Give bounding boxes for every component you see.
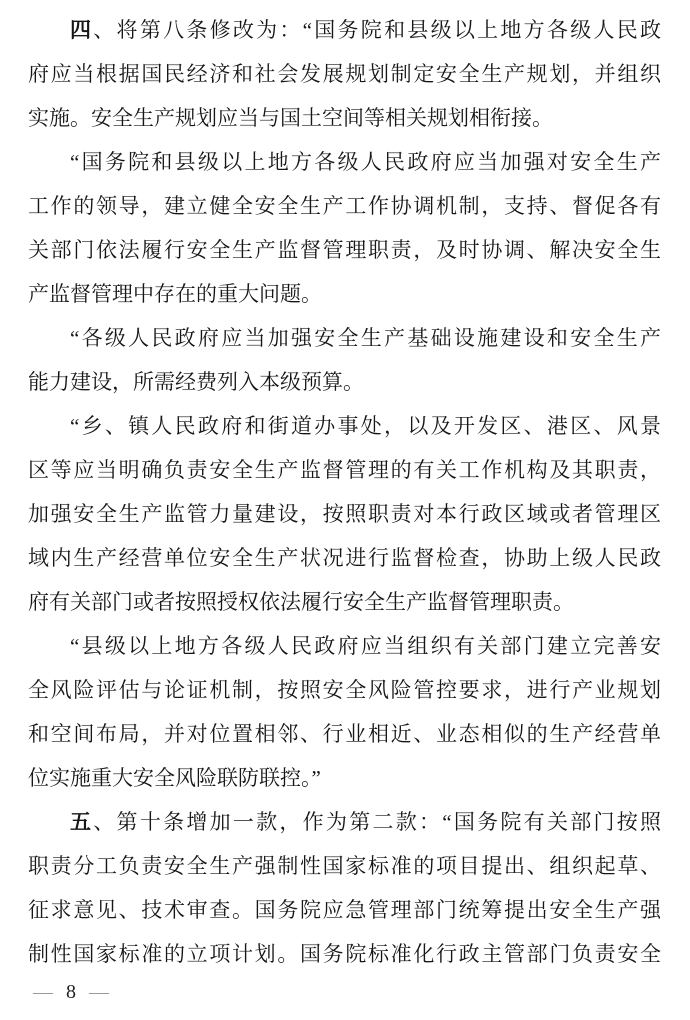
line-text: 和空间布局，并对位置相邻、行业相近、业态相似的生产经营单	[28, 722, 661, 746]
text-line-16: 全风险评估与论证机制，按照安全风险管控要求，进行产业规划	[28, 668, 661, 712]
text-line-7: 产监督管理中存在的重大问题。	[28, 272, 661, 316]
line-text: 位实施重大安全风险联防联控。”	[28, 766, 321, 790]
line-text: 域内生产经营单位安全生产状况进行监督检查，协助上级人民政	[28, 546, 661, 570]
text-line-9: 能力建设，所需经费列入本级预算。	[28, 360, 661, 404]
text-line-17: 和空间布局，并对位置相邻、行业相近、业态相似的生产经营单	[28, 712, 661, 756]
text-line-1: 四、将第八条修改为：“国务院和县级以上地方各级人民政	[28, 8, 661, 52]
line-text: 产监督管理中存在的重大问题。	[28, 282, 322, 306]
line-text: 区等应当明确负责安全生产监督管理的有关工作机构及其职责，	[28, 458, 661, 482]
line-text: “乡、镇人民政府和街道办事处，以及开发区、港区、风景	[70, 414, 661, 438]
line-text: 制性国家标准的立项计划。国务院标准化行政主管部门负责安全	[28, 942, 661, 966]
text-line-8: “各级人民政府应当加强安全生产基础设施建设和安全生产	[28, 316, 661, 360]
line-text: 工作的领导，建立健全安全生产工作协调机制，支持、督促各有	[28, 194, 661, 218]
section-number-5: 五	[70, 811, 93, 834]
text-line-2: 府应当根据国民经济和社会发展规划制定安全生产规划，并组织	[28, 52, 661, 96]
line-text: “各级人民政府应当加强安全生产基础设施建设和安全生产	[70, 326, 661, 350]
text-line-18: 位实施重大安全风险联防联控。”	[28, 756, 661, 800]
text-line-22: 制性国家标准的立项计划。国务院标准化行政主管部门负责安全	[28, 932, 661, 976]
text-line-21: 征求意见、技术审查。国务院应急管理部门统筹提出安全生产强	[28, 888, 661, 932]
text-line-14: 府有关部门或者按照授权依法履行安全生产监督管理职责。	[28, 580, 661, 624]
line-text: 关部门依法履行安全生产监督管理职责，及时协调、解决安全生	[28, 238, 661, 262]
page-number: 8	[66, 981, 76, 1004]
text-line-13: 域内生产经营单位安全生产状况进行监督检查，协助上级人民政	[28, 536, 661, 580]
text-line-6: 关部门依法履行安全生产监督管理职责，及时协调、解决安全生	[28, 228, 661, 272]
footer-dash-right: —	[89, 981, 109, 1004]
line-text: 实施。安全生产规划应当与国土空间等相关规划相衔接。	[28, 106, 553, 130]
line-text: “国务院和县级以上地方各级人民政府应当加强对安全生产	[70, 150, 661, 174]
text-line-19: 五、第十条增加一款，作为第二款：“国务院有关部门按照	[28, 800, 661, 844]
line-text: 、将第八条修改为：“国务院和县级以上地方各级人民政	[93, 18, 661, 42]
text-line-11: 区等应当明确负责安全生产监督管理的有关工作机构及其职责，	[28, 448, 661, 492]
line-text: 全风险评估与论证机制，按照安全风险管控要求，进行产业规划	[28, 678, 661, 702]
footer-dash-left: —	[33, 981, 53, 1004]
text-line-5: 工作的领导，建立健全安全生产工作协调机制，支持、督促各有	[28, 184, 661, 228]
text-line-10: “乡、镇人民政府和街道办事处，以及开发区、港区、风景	[28, 404, 661, 448]
page-footer: — 8 —	[33, 979, 109, 1005]
line-text: 府应当根据国民经济和社会发展规划制定安全生产规划，并组织	[28, 62, 661, 86]
line-text: 加强安全生产监管力量建设，按照职责对本行政区域或者管理区	[28, 502, 661, 526]
document-text-block: 四、将第八条修改为：“国务院和县级以上地方各级人民政 府应当根据国民经济和社会发…	[0, 0, 690, 976]
text-line-4: “国务院和县级以上地方各级人民政府应当加强对安全生产	[28, 140, 661, 184]
line-text: 征求意见、技术审查。国务院应急管理部门统筹提出安全生产强	[28, 898, 661, 922]
line-text: 职责分工负责安全生产强制性国家标准的项目提出、组织起草、	[28, 854, 661, 878]
line-text: 能力建设，所需经费列入本级预算。	[28, 370, 364, 394]
line-text: 、第十条增加一款，作为第二款：“国务院有关部门按照	[93, 810, 661, 834]
text-line-20: 职责分工负责安全生产强制性国家标准的项目提出、组织起草、	[28, 844, 661, 888]
document-page: 四、将第八条修改为：“国务院和县级以上地方各级人民政 府应当根据国民经济和社会发…	[0, 0, 690, 1020]
line-text: “县级以上地方各级人民政府应当组织有关部门建立完善安	[70, 634, 661, 658]
text-line-12: 加强安全生产监管力量建设，按照职责对本行政区域或者管理区	[28, 492, 661, 536]
text-line-15: “县级以上地方各级人民政府应当组织有关部门建立完善安	[28, 624, 661, 668]
section-number-4: 四	[70, 19, 93, 42]
line-text: 府有关部门或者按照授权依法履行安全生产监督管理职责。	[28, 590, 574, 614]
text-line-3: 实施。安全生产规划应当与国土空间等相关规划相衔接。	[28, 96, 661, 140]
